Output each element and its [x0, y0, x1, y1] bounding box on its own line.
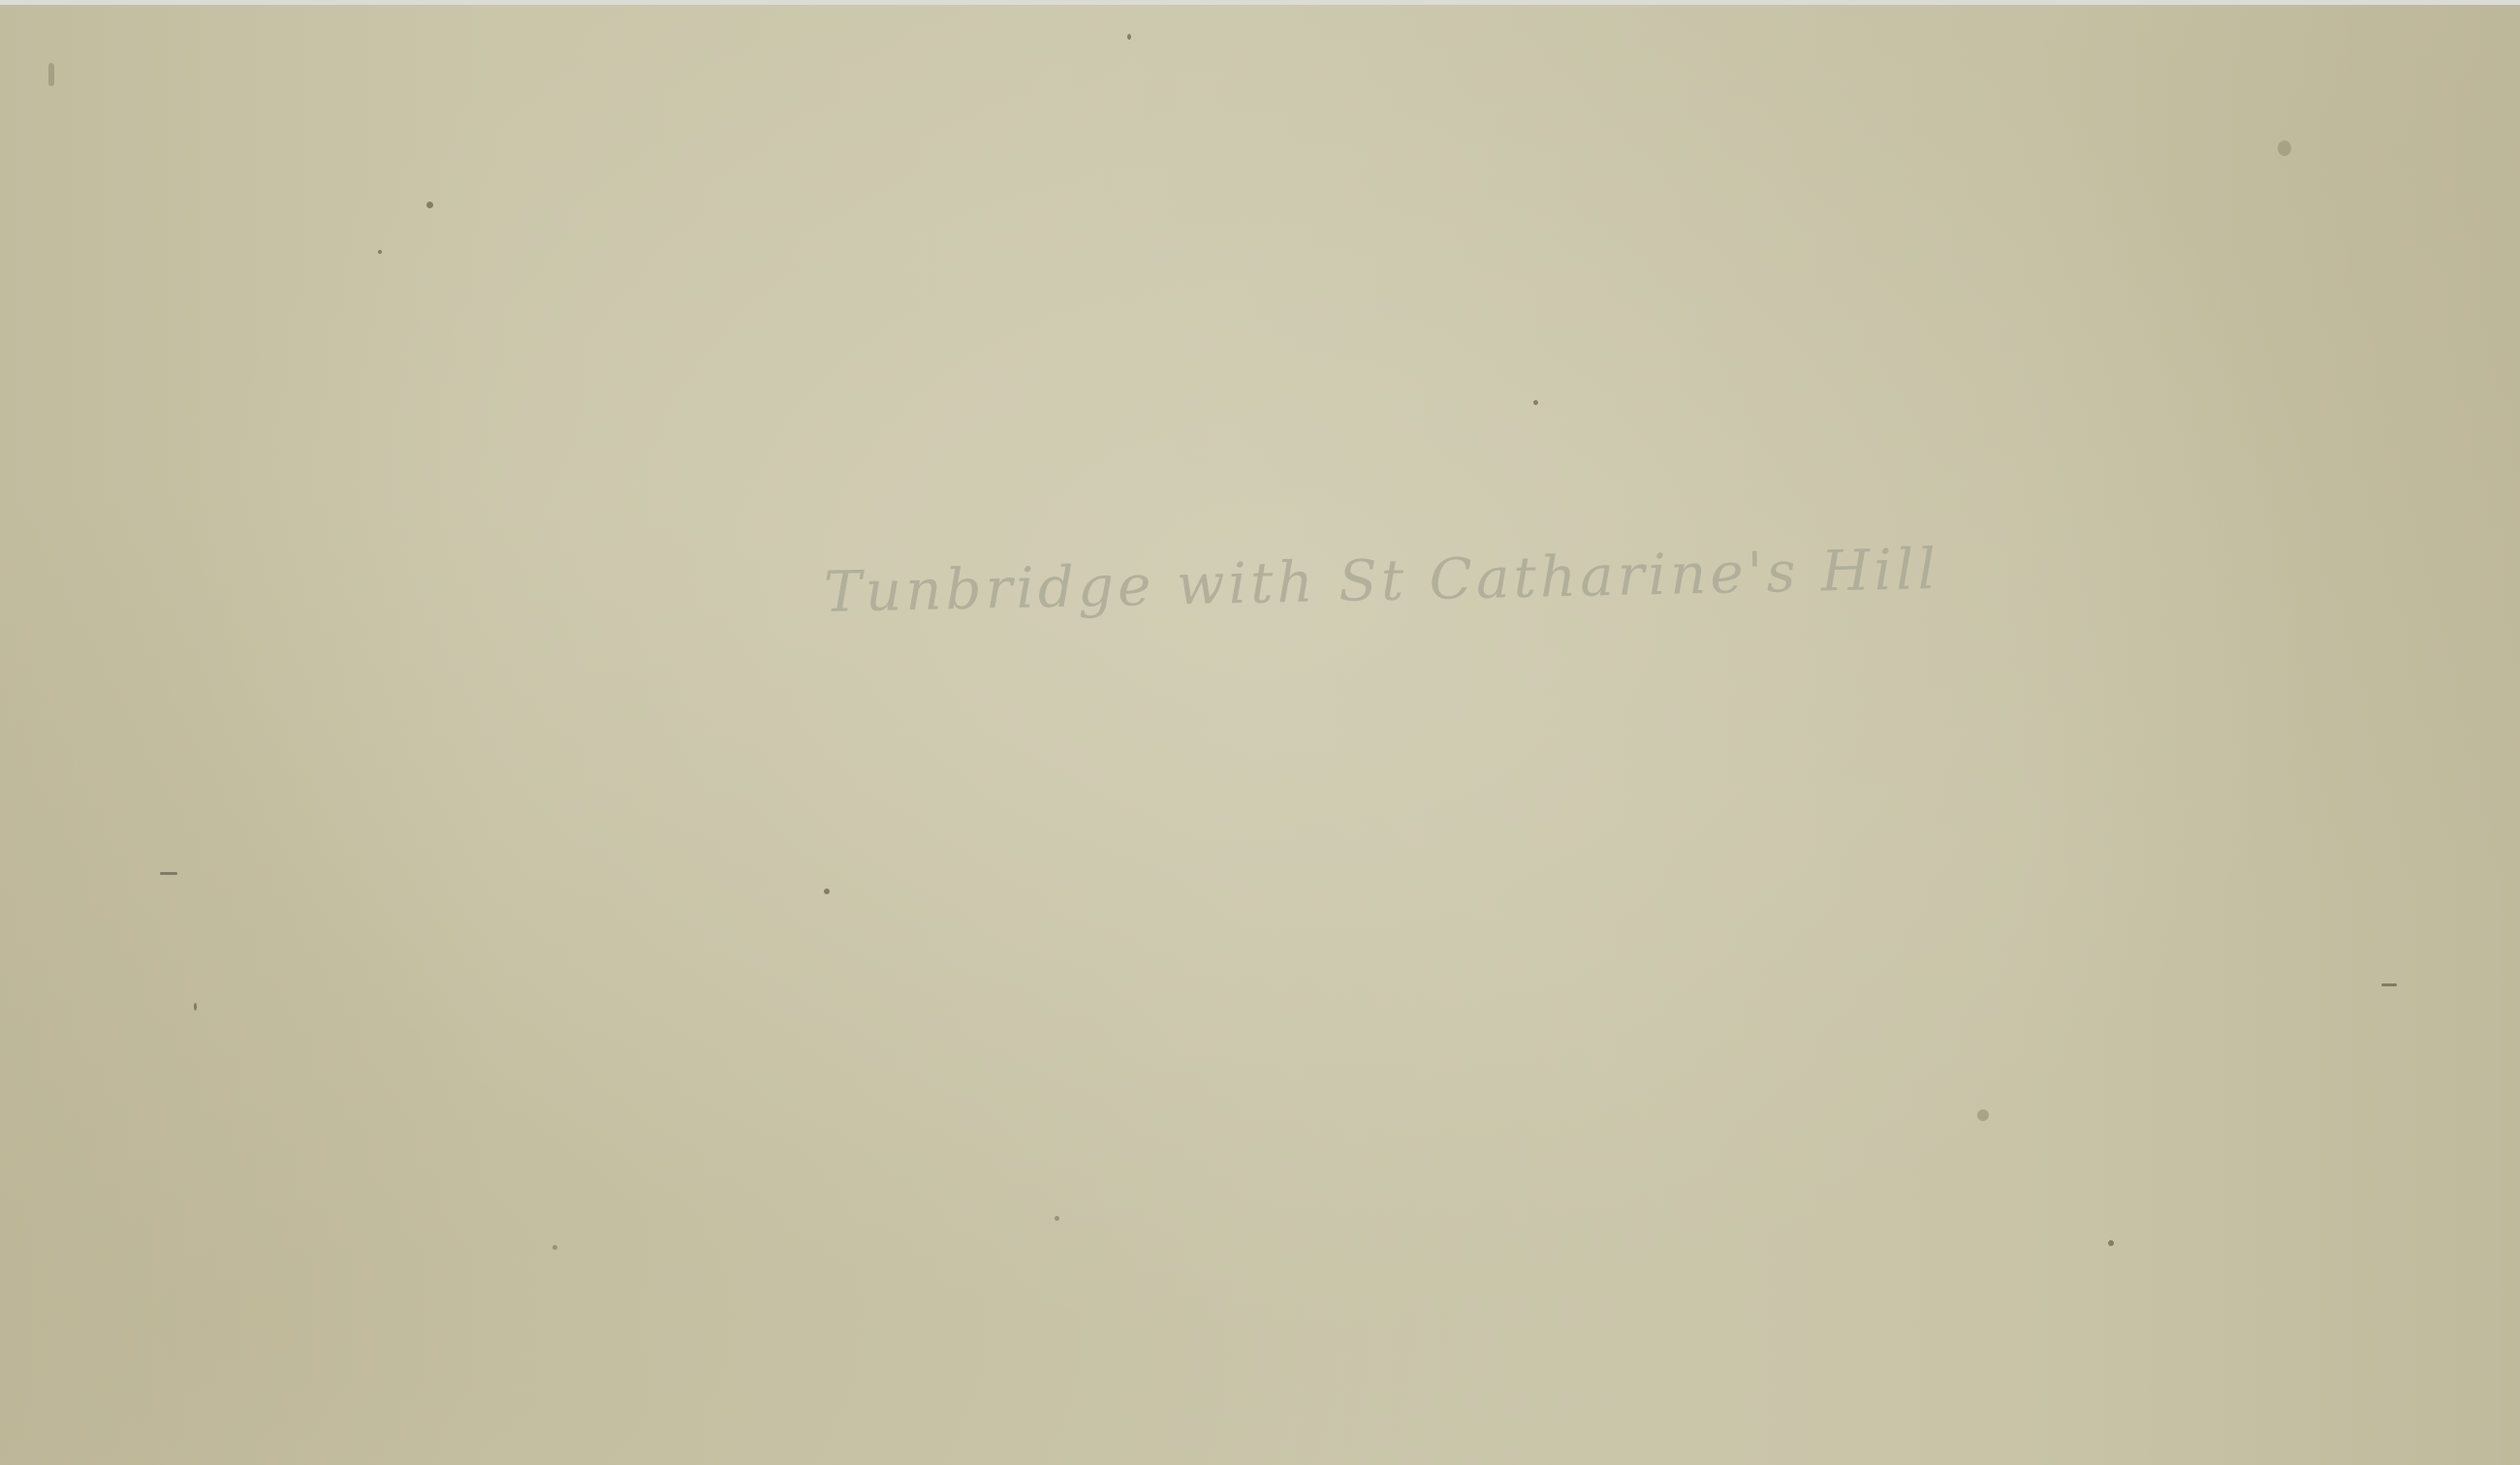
paper-speck [194, 1003, 197, 1011]
paper-speck [426, 202, 433, 208]
paper-speck [1977, 1109, 1989, 1121]
paper-speck [48, 63, 54, 86]
paper-speck [2381, 983, 2397, 986]
paper-speck [1127, 34, 1131, 40]
paper-speck [824, 888, 830, 894]
paper-speck [1533, 400, 1538, 405]
paper-speck [160, 872, 177, 875]
paper-speck [2108, 1240, 2114, 1246]
card-back: Tunbridge with St Catharine's Hill [0, 5, 2520, 1465]
paper-speck [1055, 1216, 1059, 1221]
paper-speck [378, 250, 382, 254]
pencil-inscription: Tunbridge with St Catharine's Hill [823, 536, 1938, 625]
paper-speck [2278, 140, 2291, 156]
paper-speck [552, 1245, 557, 1250]
